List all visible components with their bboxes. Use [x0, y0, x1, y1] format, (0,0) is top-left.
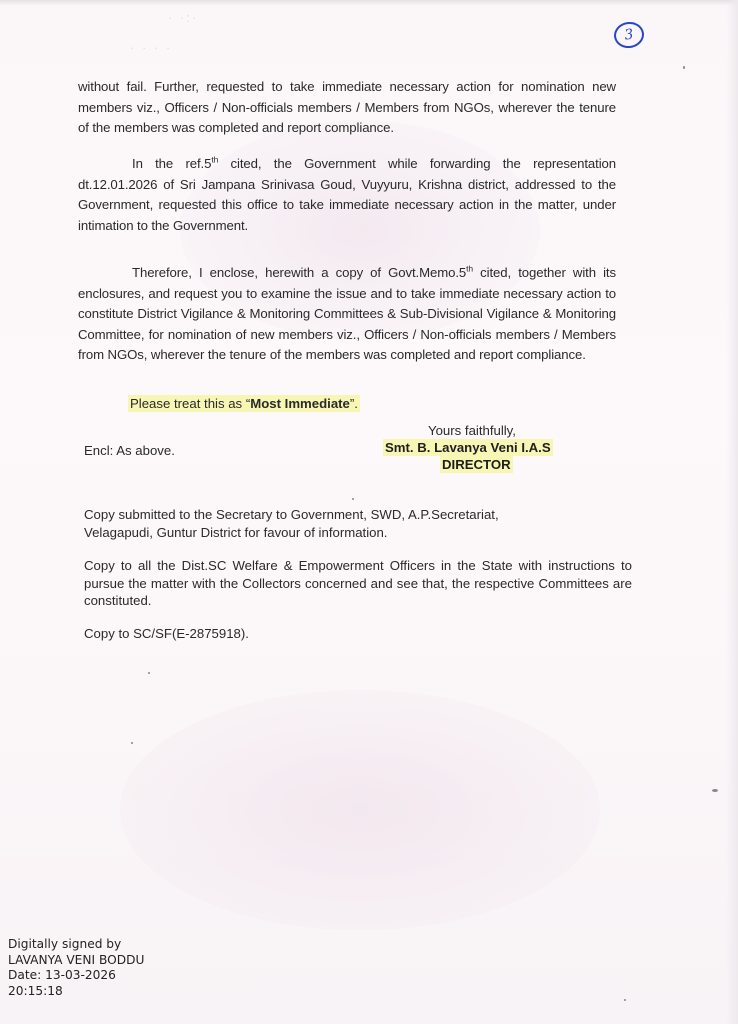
digital-signature-label: Digitally signed by — [8, 937, 144, 953]
copy-to-secretary: Copy submitted to the Secretary to Gover… — [84, 506, 632, 541]
scan-speck — [683, 66, 685, 69]
digital-signature-name: LAVANYA VENI BODDU — [8, 953, 144, 969]
priority-note: Please treat this as “Most Immediate”. — [128, 396, 360, 411]
signer-designation: DIRECTOR — [440, 457, 513, 472]
copy-to-file: Copy to SC/SF(E-2875918). — [84, 625, 632, 643]
scan-speck — [624, 999, 626, 1001]
scan-speck — [712, 789, 718, 792]
bleed-through-mark: · ·:· — [168, 10, 198, 25]
scan-tint — [120, 690, 600, 930]
scanned-letter-page: · ·:· · · · · 3 without fail. Further, r… — [0, 0, 738, 1024]
digital-signature-block: Digitally signed by LAVANYA VENI BODDU D… — [8, 937, 144, 999]
reference-paragraph: In the ref.5th cited, the Government whi… — [78, 154, 616, 236]
handwritten-page-number: 3 — [612, 20, 645, 50]
scan-speck — [148, 672, 150, 674]
bleed-through-mark: · · · · — [130, 40, 172, 55]
signer-name: Smt. B. Lavanya Veni I.A.S — [383, 440, 553, 455]
scan-speck — [131, 742, 133, 744]
highlighted-text: Please treat this as “Most Immediate”. — [128, 395, 360, 412]
enclosure-note: Encl: As above. — [84, 443, 175, 458]
continuation-paragraph: without fail. Further, requested to take… — [78, 77, 616, 139]
salutation: Yours faithfully, — [428, 423, 516, 438]
scan-speck — [352, 498, 354, 500]
scan-right-edge — [726, 0, 738, 1024]
digital-signature-time: 20:15:18 — [8, 984, 144, 1000]
copy-to-district-officers: Copy to all the Dist.SC Welfare & Empowe… — [84, 557, 632, 610]
digital-signature-date: Date: 13-03-2026 — [8, 968, 144, 984]
request-paragraph: Therefore, I enclose, herewith a copy of… — [78, 263, 616, 366]
scan-top-edge — [0, 0, 738, 6]
